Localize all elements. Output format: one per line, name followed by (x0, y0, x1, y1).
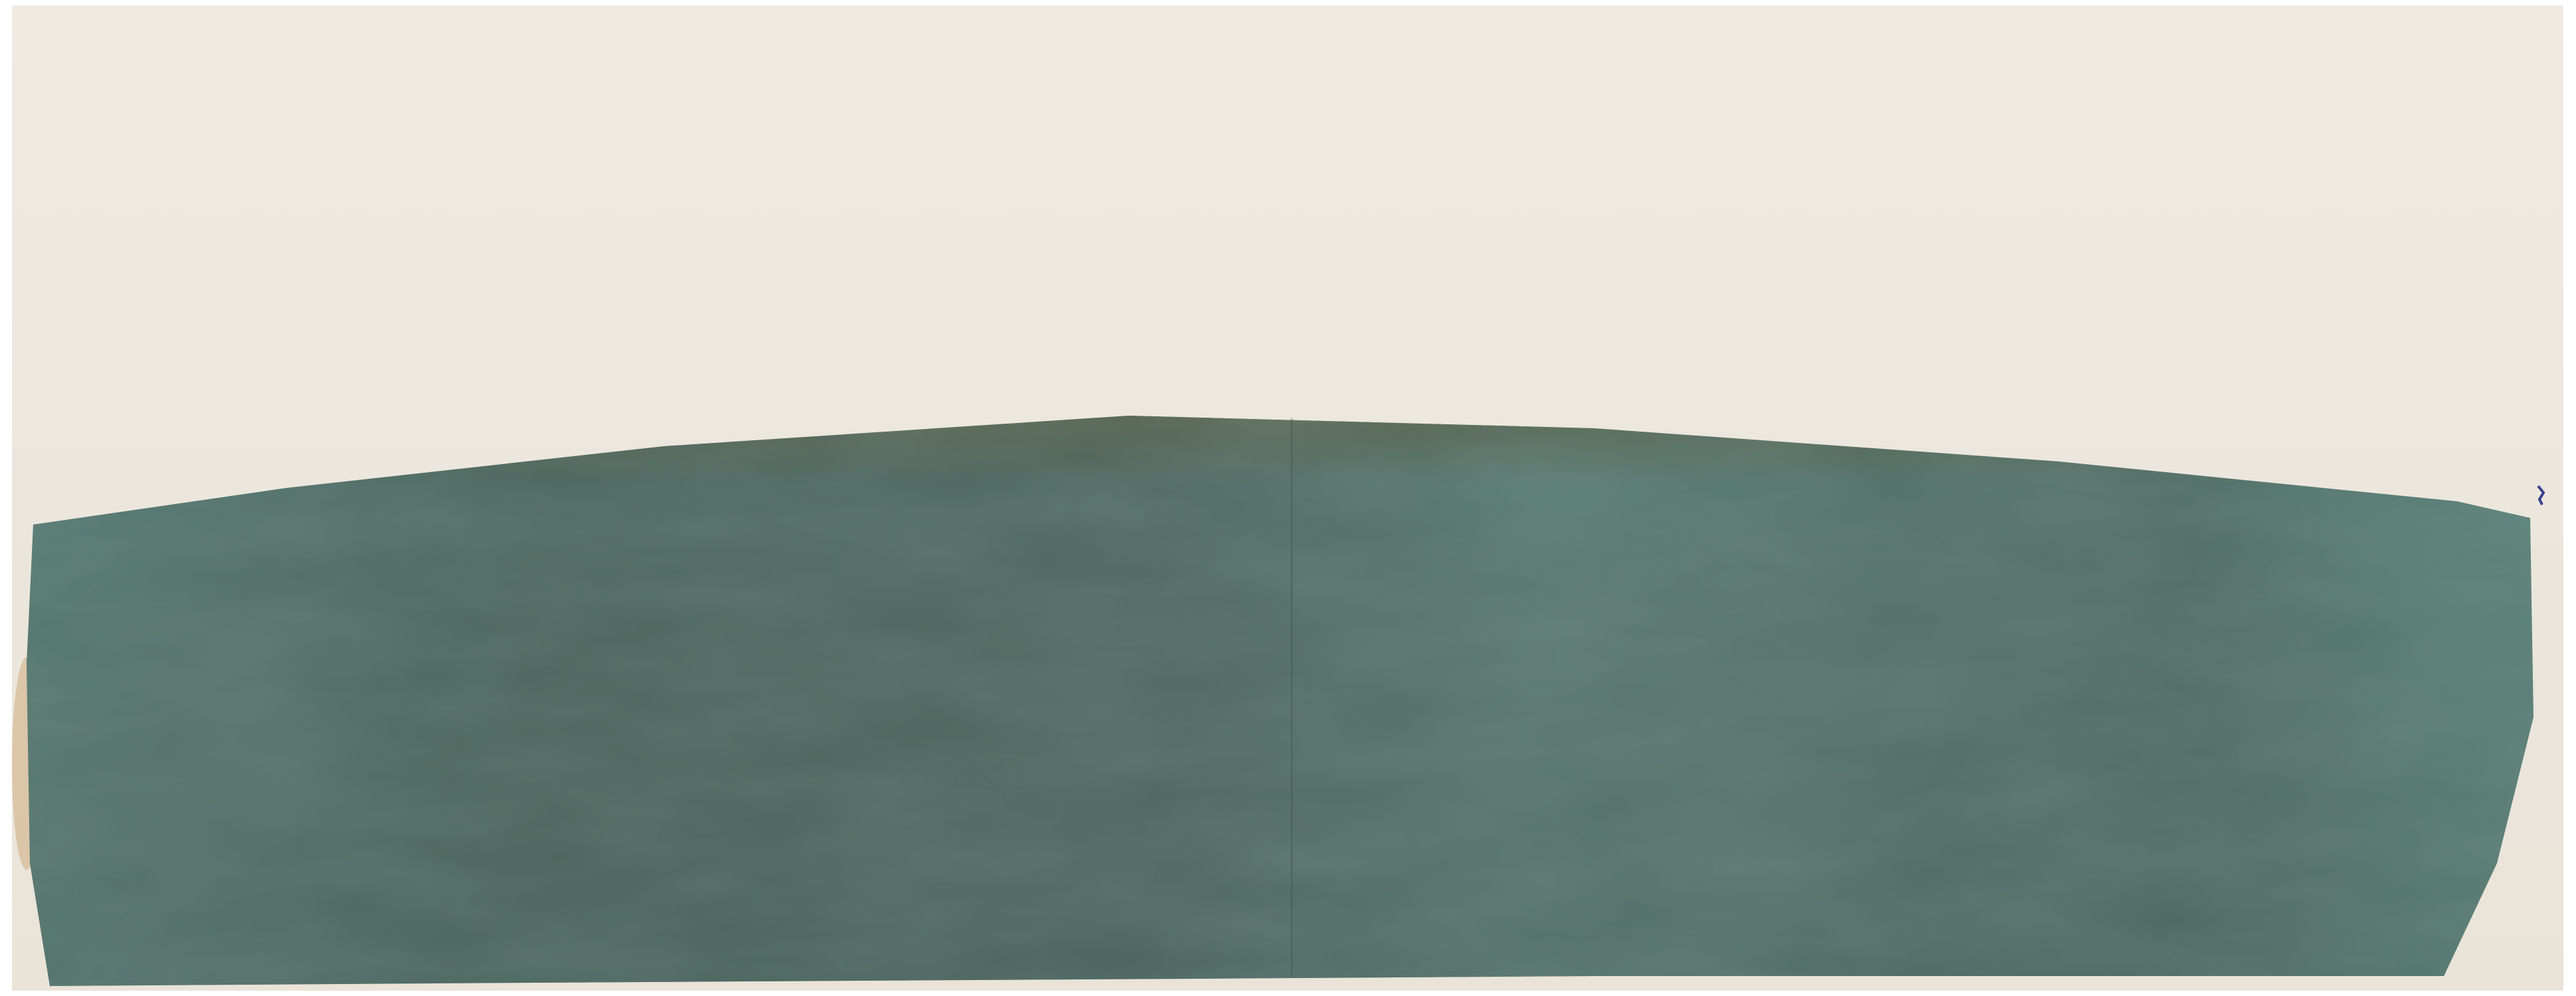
ink-mark (2538, 486, 2543, 505)
green-band (0, 0, 2576, 996)
painting (0, 0, 2576, 996)
